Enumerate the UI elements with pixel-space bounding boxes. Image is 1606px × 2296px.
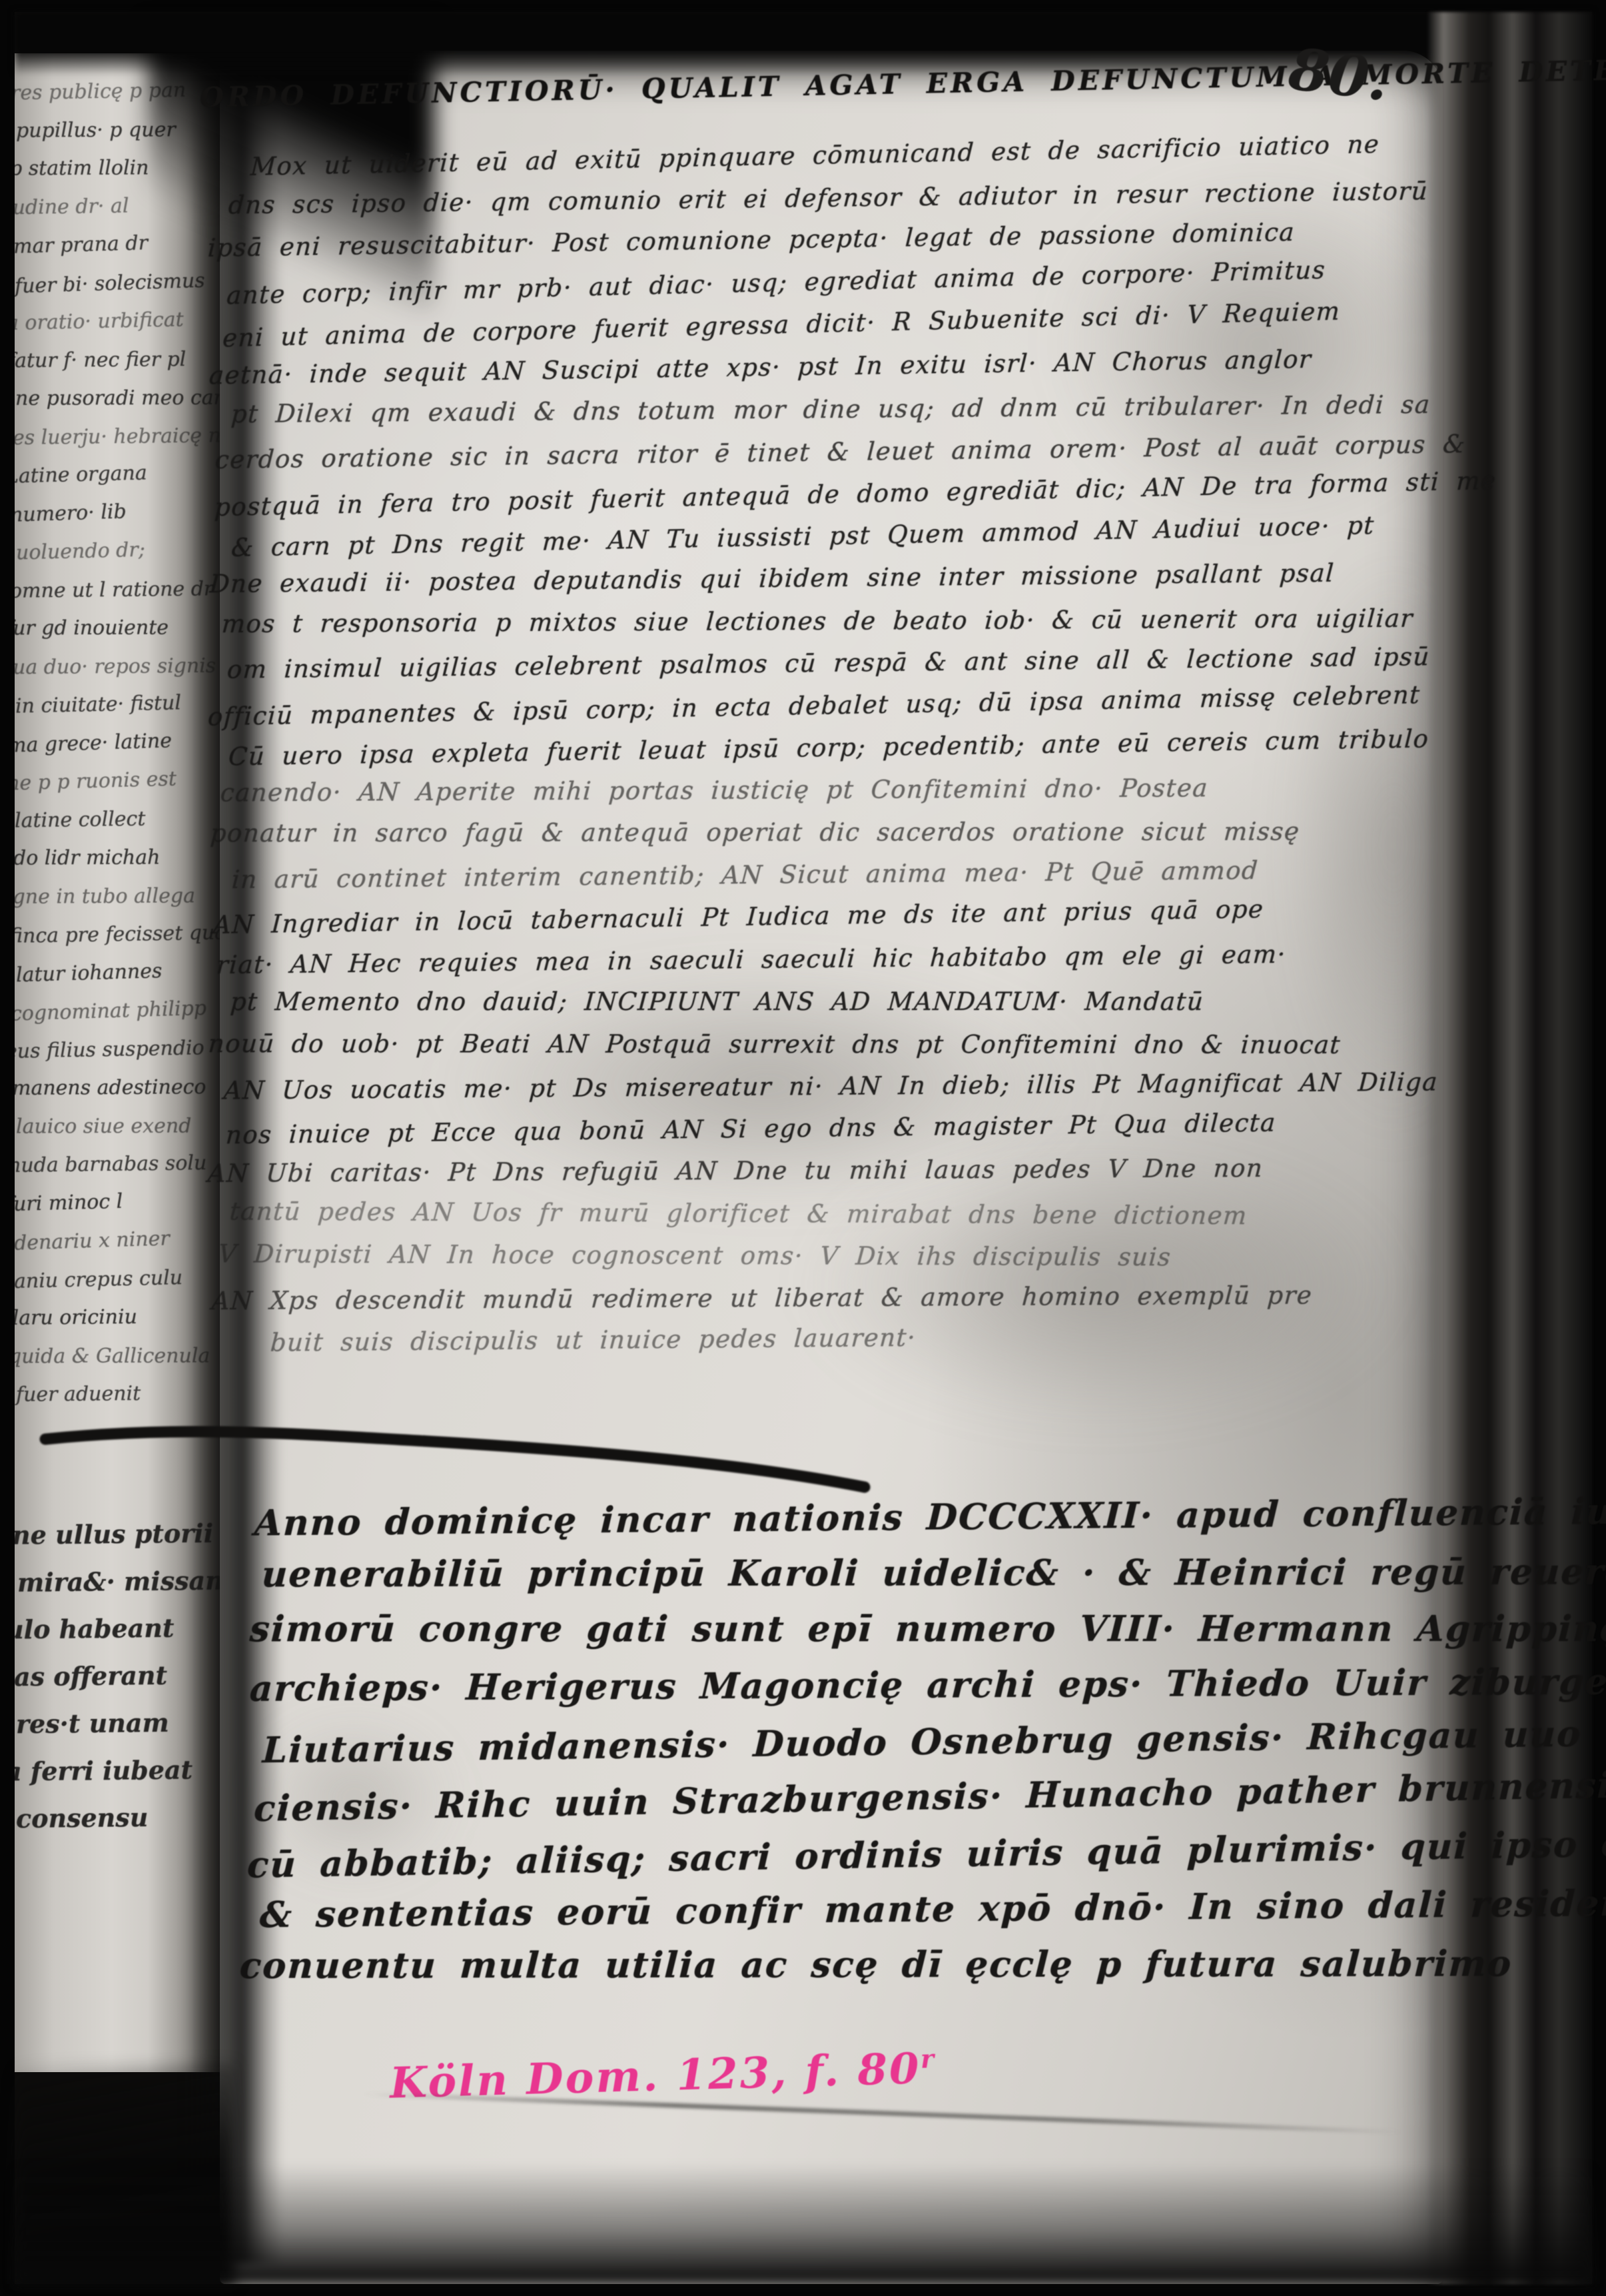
facing-page-fragment: igne in tubo allega bbox=[15, 884, 195, 909]
facing-page-fragment: aniu crepus culu bbox=[15, 1266, 183, 1293]
facing-page-fragment: manens adestineco bbox=[15, 1075, 206, 1100]
manuscript-line: pt Memento dno dauid; INCIPIUNT ANS AD M… bbox=[230, 987, 1205, 1016]
facing-page-fragment: eus filius suspendio bbox=[15, 1036, 204, 1063]
facing-page-fragment: cognominat philipp bbox=[15, 997, 207, 1026]
facing-page-fragment: quida & Gallicenula bbox=[15, 1344, 210, 1368]
facing-page-fragment: Latine organa bbox=[15, 461, 147, 488]
manuscript-line: V Dirupisti AN In hoce cognoscent oms· V… bbox=[217, 1240, 1172, 1272]
facing-page-fragment: furi minoc l bbox=[15, 1189, 123, 1216]
facing-page-fragment: fuer aduenit bbox=[15, 1382, 141, 1407]
manuscript-line: conuentu multa utilia ac scę dī ęcclę p … bbox=[238, 1943, 1513, 1986]
manuscript-line: simorū congre gati sunt epī numero VIII·… bbox=[248, 1608, 1606, 1650]
facing-page-fragment: fatur f· nec fier pl bbox=[15, 347, 186, 372]
facing-page-fragment: llaru oriciniu bbox=[15, 1305, 137, 1330]
facing-page-fragment: numero· lib bbox=[15, 500, 127, 526]
facing-page-fragment: ne p p ruonis est bbox=[15, 767, 177, 795]
facing-page-fragment: res·t unam bbox=[16, 1708, 169, 1739]
facing-page-fragment: denariu x niner bbox=[15, 1227, 171, 1255]
facing-page-fragment: mar prana dr bbox=[15, 231, 148, 259]
photo-bottom-shadow bbox=[15, 2164, 1592, 2284]
facing-page-fragment: fur gd inouiente bbox=[15, 616, 169, 640]
facing-page-fragment: consensu bbox=[16, 1802, 149, 1834]
facing-page-fragment: ulo habeant bbox=[15, 1613, 175, 1645]
facing-page-fragment: in ciuitate· fistul bbox=[15, 691, 182, 718]
facing-page-fragment: uoluendo dr; bbox=[16, 538, 146, 565]
manuscript-line: archieps· Herigerus Magoncię archi eps· … bbox=[249, 1660, 1606, 1709]
shelfmark-superscript: r bbox=[920, 2043, 936, 2074]
manuscript-line: tantū pedes AN Uos fr murū glorificet & … bbox=[228, 1197, 1248, 1230]
facing-page-fragment: latine collect bbox=[15, 807, 146, 832]
manuscript-line: canendo· AN Aperite mihi portas iusticię… bbox=[220, 774, 1210, 807]
manuscript-line: AN Xps descendit mundū redimere ut liber… bbox=[211, 1281, 1314, 1315]
facing-page-fragment: ludine dr· al bbox=[15, 194, 129, 219]
facing-page-fragment: as offerant bbox=[15, 1660, 167, 1692]
manuscript-photograph: { "recto": { "folio_number": "80.", "tit… bbox=[0, 0, 1606, 2296]
facing-page-fragment: ma grece· latine bbox=[15, 729, 173, 758]
manuscript-line: mos t responsoria p mixtos siue lectione… bbox=[221, 604, 1415, 638]
manuscript-line: buit suis discipulis ut inuice pedes lau… bbox=[270, 1323, 917, 1357]
folio-number: 80. bbox=[1285, 35, 1392, 114]
manuscript-line: AN Ubi caritas· Pt Dns refugiū AN Dne tu… bbox=[207, 1154, 1264, 1188]
manuscript-line: ponatur in sarco fagū & antequā operiat … bbox=[210, 818, 1301, 848]
facing-page-fragment: lauico siue exend bbox=[15, 1114, 191, 1138]
facing-page-fragment: a ferri iubeat bbox=[15, 1755, 193, 1787]
manuscript-line: uenerabiliū principū Karoli uidelic& · &… bbox=[260, 1551, 1606, 1595]
facing-page-fragment: a oratio· urbificat bbox=[15, 308, 184, 335]
facing-page-fragment: p statim llolin bbox=[15, 157, 149, 181]
manuscript-line: nouū do uob· pt Beati AN Postquā surrexi… bbox=[207, 1029, 1342, 1059]
facing-page-fragment: do lidr michah bbox=[15, 846, 161, 869]
facing-page-fragment: latur iohannes bbox=[15, 959, 162, 986]
facing-page-fragment: nuda barnabas solu bbox=[15, 1151, 207, 1177]
